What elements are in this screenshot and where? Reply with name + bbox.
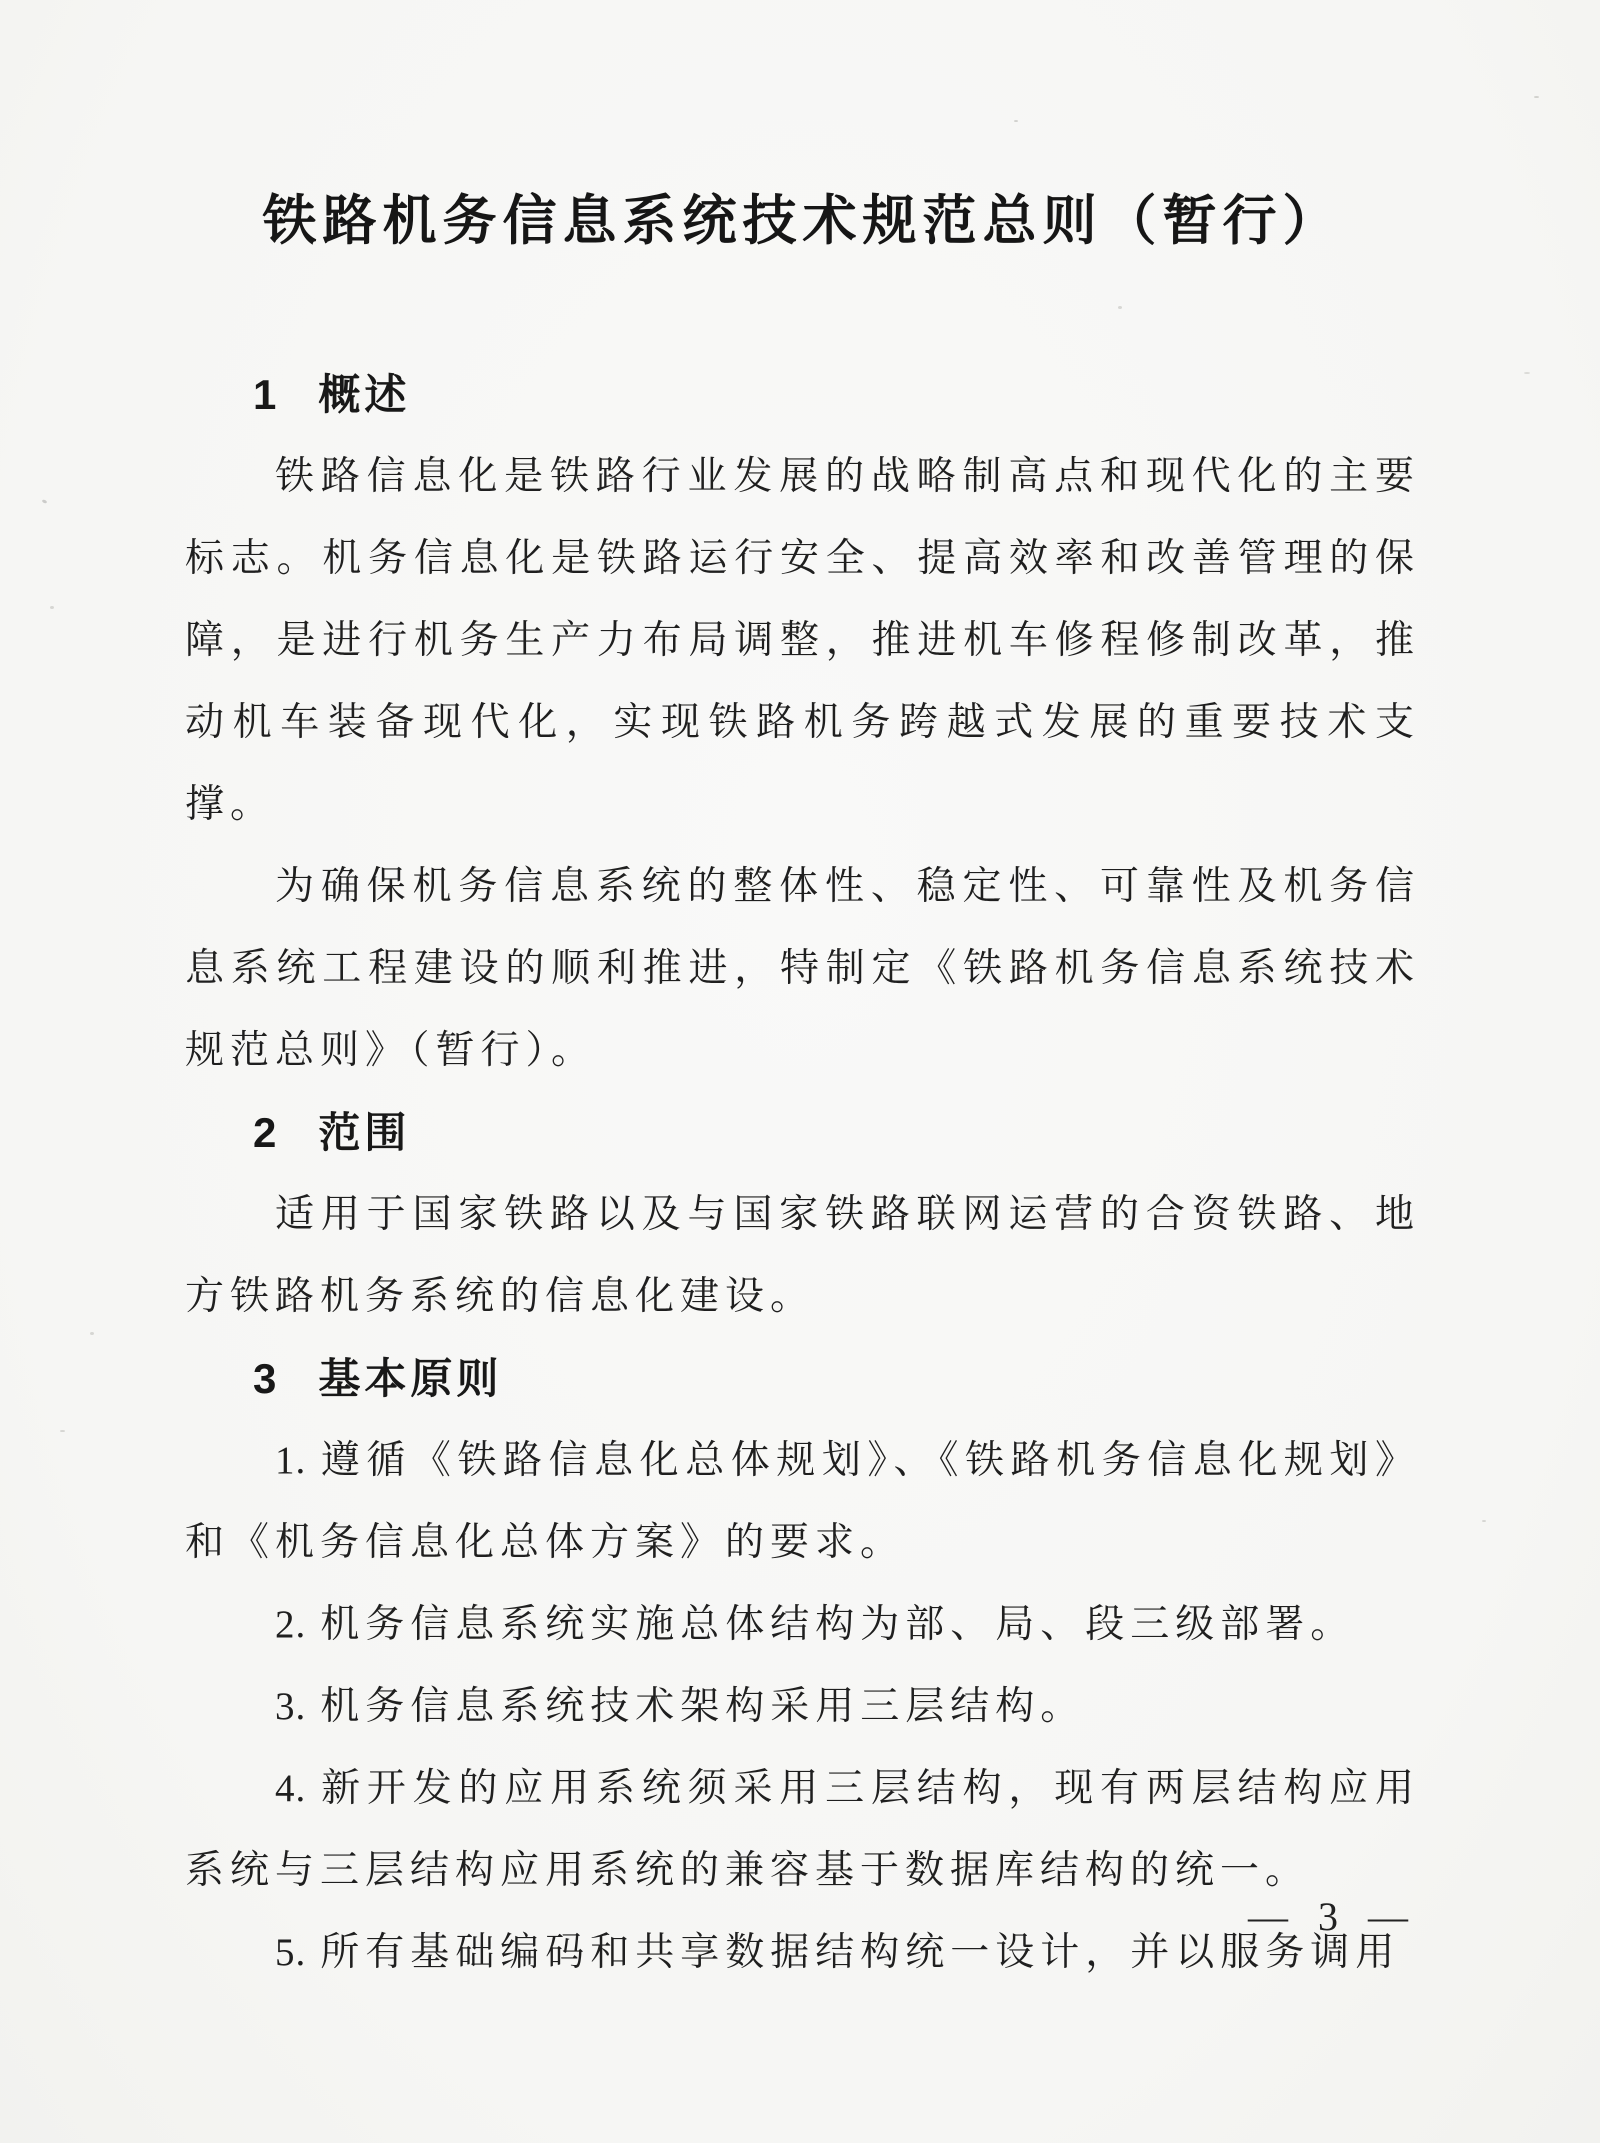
document-title: 铁路机务信息系统技术规范总则（暂行）	[185, 178, 1420, 255]
list-item-number: 3.	[275, 1685, 306, 1728]
paragraph: 为确保机务信息系统的整体性、稳定性、可靠性及机务信息系统工程建设的顺利推进，特制…	[185, 846, 1420, 1092]
scan-speck	[1534, 96, 1539, 98]
scan-speck	[60, 1430, 65, 1432]
list-item: 1.遵循《铁路信息化总体规划》、《铁路机务信息化规划》和《机务信息化总体方案》的…	[185, 1420, 1420, 1584]
list-item-text: 所有基础编码和共享数据结构统一设计，并以服务调用	[320, 1931, 1400, 1974]
list-item-number: 5.	[275, 1931, 306, 1974]
scan-speck	[90, 1332, 94, 1335]
list-item-text: 遵循《铁路信息化总体规划》、《铁路机务信息化规划》和《机务信息化总体方案》的要求…	[185, 1439, 1420, 1564]
list-item-text: 机务信息系统技术架构采用三层结构。	[320, 1685, 1085, 1728]
scan-speck	[42, 499, 48, 504]
heading-number: 3	[253, 1355, 280, 1402]
section-heading-overview: 1概述	[185, 354, 1420, 436]
heading-number: 2	[253, 1109, 280, 1156]
paragraph: 适用于国家铁路以及与国家铁路联网运营的合资铁路、地方铁路机务系统的信息化建设。	[185, 1174, 1420, 1338]
scanned-document-page: 铁路机务信息系统技术规范总则（暂行） 1概述 铁路信息化是铁路行业发展的战略制高…	[0, 0, 1600, 2143]
heading-number: 1	[253, 371, 280, 418]
scan-speck	[1482, 1520, 1486, 1522]
section-heading-principles: 3基本原则	[185, 1338, 1420, 1420]
document-body: 1概述 铁路信息化是铁路行业发展的战略制高点和现代化的主要标志。机务信息化是铁路…	[185, 354, 1420, 1994]
list-item-number: 2.	[275, 1603, 306, 1646]
scan-speck	[1118, 306, 1122, 309]
scan-speck	[1014, 120, 1018, 122]
list-item-number: 4.	[275, 1767, 306, 1810]
scan-speck	[50, 606, 54, 609]
list-item: 4.新开发的应用系统须采用三层结构，现有两层结构应用系统与三层结构应用系统的兼容…	[185, 1748, 1420, 1912]
section-heading-scope: 2范围	[185, 1092, 1420, 1174]
heading-label: 概述	[318, 371, 410, 418]
list-item: 5.所有基础编码和共享数据结构统一设计，并以服务调用	[185, 1912, 1420, 1994]
list-item: 2.机务信息系统实施总体结构为部、局、段三级部署。	[185, 1584, 1420, 1666]
paragraph: 铁路信息化是铁路行业发展的战略制高点和现代化的主要标志。机务信息化是铁路运行安全…	[185, 436, 1420, 846]
list-item-text: 机务信息系统实施总体结构为部、局、段三级部署。	[320, 1603, 1355, 1646]
list-item-number: 1.	[275, 1439, 306, 1482]
heading-label: 基本原则	[318, 1355, 502, 1402]
list-item: 3.机务信息系统技术架构采用三层结构。	[185, 1666, 1420, 1748]
page-number: — 3 —	[1248, 1893, 1418, 1940]
list-item-text: 新开发的应用系统须采用三层结构，现有两层结构应用系统与三层结构应用系统的兼容基于…	[185, 1767, 1420, 1892]
heading-label: 范围	[318, 1109, 410, 1156]
scan-speck	[1524, 372, 1530, 374]
